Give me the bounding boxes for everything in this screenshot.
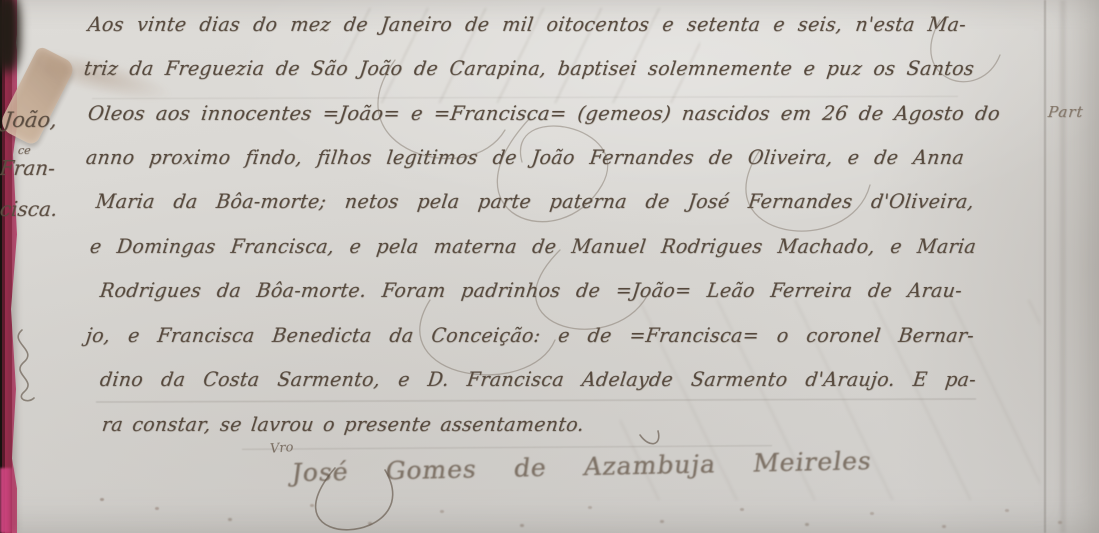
signature-superscript: Vro (270, 440, 294, 457)
right-margin-rule (1044, 0, 1046, 533)
manuscript-line-9: dino da Costa Sarmento, e D. Francisca A… (99, 369, 978, 391)
manuscript-line-2: triz da Freguezia de São João de Carapin… (83, 58, 976, 80)
page-crease (1058, 0, 1068, 533)
margin-note-name-francisca-1: Fran- (0, 156, 56, 180)
manuscript-page: João, ce Fran- cisca. Part Aos vinte dia… (0, 0, 1099, 533)
binding-corner-shadow (0, 0, 20, 72)
manuscript-line-7: Rodrigues da Bôa-morte. Foram padrinhos … (99, 280, 964, 302)
binding-shadow (7, 0, 15, 533)
margin-note-part: Part (1047, 103, 1084, 121)
manuscript-line-3: Oleos aos innocentes =João= e =Francisca… (87, 102, 1002, 125)
bleed-through-specks-bottom (100, 498, 104, 501)
manuscript-line-8: jo, e Francisca Benedicta da Conceição: … (85, 325, 976, 347)
manuscript-line-1: Aos vinte dias do mez de Janeiro de mil … (87, 14, 968, 36)
manuscript-line-5: Maria da Bôa-morte; netos pela parte pat… (95, 191, 976, 213)
manuscript-line-6: e Domingas Francisca, e pela materna de … (89, 236, 978, 258)
manuscript-line-4: anno proximo findo, filhos legitimos de … (85, 147, 966, 169)
manuscript-line-10: ra constar, se lavrou o presente assenta… (101, 414, 644, 436)
margin-note-name-joao: João, (3, 108, 58, 132)
margin-note-name-francisca-2: cisca. (0, 197, 59, 221)
binding-pink-edge (0, 468, 15, 533)
